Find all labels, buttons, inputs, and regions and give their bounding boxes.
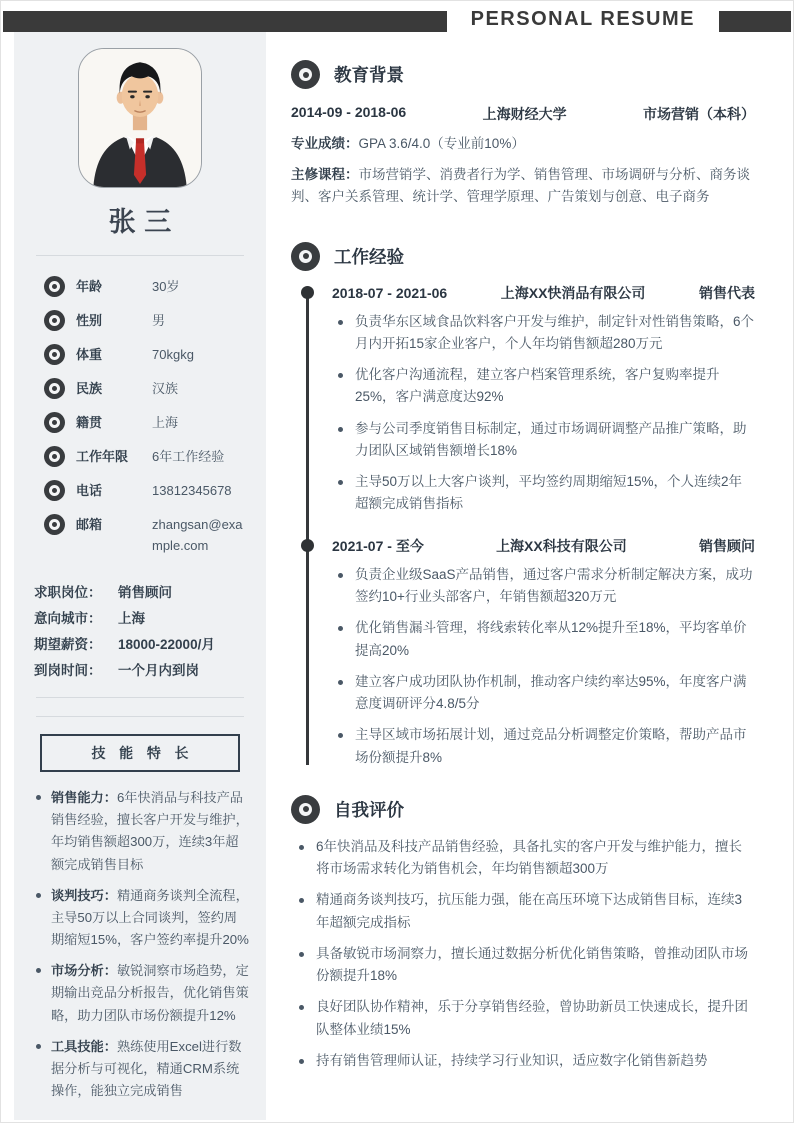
divider	[36, 255, 244, 256]
job-bullet-text: 主导区域市场拓展计划，通过竞品分析调整定价策略，帮助产品市场份额提升8%	[355, 724, 755, 769]
section-header: 自我评价	[291, 795, 755, 824]
skill-label: 谈判技巧：	[51, 888, 117, 903]
candidate-name: 张三	[30, 200, 250, 239]
section-title: 教育背景	[334, 62, 404, 87]
evaluation-list: 6年快消品及科技产品销售经验，具备扎实的客户开发与维护能力，擅长将市场需求转化为…	[291, 836, 755, 1072]
info-row-phone: 电话 13812345678	[44, 480, 250, 501]
job-bullet-text: 建立客户成功团队协作机制，推动客户续约率达95%，年度客户满意度调研评分4.8/…	[355, 671, 755, 716]
skill-item: 市场分析：敏锐洞察市场趋势，定期输出竞品分析报告，优化销售策略，助力团队市场份额…	[34, 960, 250, 1027]
intent-row-availability: 到岗时间： 一个月内到岗	[34, 658, 250, 684]
job-company: 上海XX科技有限公司	[496, 536, 627, 556]
info-value: 上海	[152, 412, 250, 433]
evaluation-bullet: 良好团队协作精神，乐于分享销售经验，曾协助新员工快速成长，提升团队整体业绩15%	[293, 996, 755, 1041]
info-value: 13812345678	[152, 480, 250, 501]
job-bullet: 参与公司季度销售目标制定，通过市场调研调整产品推广策略，助力团队区域销售额增长1…	[332, 418, 755, 463]
evaluation-bullet: 精通商务谈判技巧，抗压能力强，能在高压环境下达成销售目标，连续3年超额完成指标	[293, 889, 755, 934]
evaluation-bullet: 6年快消品及科技产品销售经验，具备扎实的客户开发与维护能力，擅长将市场需求转化为…	[293, 836, 755, 881]
bullseye-icon	[44, 344, 65, 365]
skill-text: 工具技能：熟练使用Excel进行数据分析与可视化，精通CRM系统操作，能独立完成…	[51, 1036, 250, 1103]
bullseye-icon	[44, 446, 65, 467]
bullet-dot-icon	[36, 1044, 41, 1049]
intent-label: 求职岗位：	[34, 580, 118, 606]
bullet-dot-icon	[36, 893, 41, 898]
info-label: 民族	[76, 378, 152, 399]
portrait-illustration	[79, 49, 201, 187]
job-period: 2018-07 - 2021-06	[332, 283, 447, 303]
skill-text: 谈判技巧：精通商务谈判全流程，主导50万以上合同谈判，签约周期缩短15%，客户签…	[51, 885, 250, 952]
skill-label: 销售能力：	[51, 790, 117, 805]
bullseye-icon	[44, 276, 65, 297]
bullseye-icon	[291, 795, 320, 824]
skill-label: 市场分析：	[51, 963, 117, 978]
bullseye-icon	[44, 378, 65, 399]
intent-value: 上海	[118, 606, 145, 632]
job-company: 上海XX快消品有限公司	[501, 283, 646, 303]
bullet-dot-icon	[338, 320, 343, 325]
bullseye-icon	[291, 242, 320, 271]
info-value: 30岁	[152, 276, 250, 297]
edu-row-label: 专业成绩：	[291, 136, 359, 151]
info-row-age: 年龄 30岁	[44, 276, 250, 297]
info-row-weight: 体重 70kgkg	[44, 344, 250, 365]
intent-value: 18000-22000/月	[118, 632, 215, 658]
info-value: 6年工作经验	[152, 446, 250, 467]
job-bullets: 负责企业级SaaS产品销售，通过客户需求分析制定解决方案，成功签约10+行业头部…	[332, 564, 755, 769]
education-gpa-row: 专业成绩：GPA 3.6/4.0（专业前10%）	[291, 133, 755, 155]
section-evaluation: 自我评价 6年快消品及科技产品销售经验，具备扎实的客户开发与维护能力，擅长将市场…	[291, 795, 755, 1072]
job-bullet-text: 负责华东区域食品饮料客户开发与维护，制定针对性销售策略，6个月内开拓15家企业客…	[355, 311, 755, 356]
info-row-email: 邮箱 zhangsan@example.com	[44, 514, 250, 556]
page-title: PERSONAL RESUME	[471, 8, 695, 31]
evaluation-text: 持有销售管理师认证，持续学习行业知识，适应数字化销售新趋势	[316, 1050, 708, 1072]
edu-row-text: 市场营销学、消费者行为学、销售管理、市场调研与分析、商务谈判、客户关系管理、统计…	[291, 167, 750, 204]
info-value: zhangsan@example.com	[152, 514, 250, 556]
info-row-ethnicity: 民族 汉族	[44, 378, 250, 399]
education-courses-row: 主修课程：市场营销学、消费者行为学、销售管理、市场调研与分析、商务谈判、客户关系…	[291, 164, 755, 208]
job-bullet: 优化销售漏斗管理，将线索转化率从12%提升至18%，平均客单价提高20%	[332, 617, 755, 662]
info-label: 性别	[76, 310, 152, 331]
intent-label: 到岗时间：	[34, 658, 118, 684]
info-label: 籍贯	[76, 412, 152, 433]
section-header: 工作经验	[291, 242, 755, 271]
intent-row-salary: 期望薪资： 18000-22000/月	[34, 632, 250, 658]
evaluation-bullet: 持有销售管理师认证，持续学习行业知识，适应数字化销售新趋势	[293, 1050, 755, 1072]
avatar	[78, 48, 202, 188]
job-entry: 2018-07 - 2021-06 上海XX快消品有限公司 销售代表 负责华东区…	[332, 283, 755, 516]
job-bullet: 负责企业级SaaS产品销售，通过客户需求分析制定解决方案，成功签约10+行业头部…	[332, 564, 755, 609]
divider	[36, 697, 244, 698]
intent-label: 意向城市：	[34, 606, 118, 632]
bullet-dot-icon	[36, 795, 41, 800]
info-value: 汉族	[152, 378, 250, 399]
bullet-dot-icon	[36, 968, 41, 973]
section-title: 自我评价	[334, 797, 404, 822]
section-experience: 工作经验 2018-07 - 2021-06 上海XX快消品有限公司 销售代表 …	[291, 242, 755, 769]
bullet-dot-icon	[338, 680, 343, 685]
info-row-experience-years: 工作年限 6年工作经验	[44, 446, 250, 467]
section-title: 工作经验	[334, 244, 404, 269]
bullet-dot-icon	[338, 733, 343, 738]
sidebar: 张三 年龄 30岁 性别 男 体重 70kgkg 民族 汉族	[14, 32, 266, 1120]
bullseye-icon	[44, 480, 65, 501]
evaluation-text: 精通商务谈判技巧，抗压能力强，能在高压环境下达成销售目标，连续3年超额完成指标	[316, 889, 755, 934]
job-bullet-text: 优化客户沟通流程，建立客户档案管理系统，客户复购率提升25%，客户满意度达92%	[355, 364, 755, 409]
main-column: 教育背景 2014-09 - 2018-06 上海财经大学 市场营销（本科） 专…	[266, 32, 791, 1120]
job-header: 2018-07 - 2021-06 上海XX快消品有限公司 销售代表	[332, 283, 755, 303]
bullet-dot-icon	[299, 952, 304, 957]
intent-value: 销售顾问	[118, 580, 172, 606]
skills-list: 销售能力：6年快消品与科技产品销售经验，擅长客户开发与维护，年均销售额超300万…	[30, 787, 250, 1102]
intent-label: 期望薪资：	[34, 632, 118, 658]
bullet-dot-icon	[338, 626, 343, 631]
job-entry: 2021-07 - 至今 上海XX科技有限公司 销售顾问 负责企业级SaaS产品…	[332, 536, 755, 769]
job-bullet: 建立客户成功团队协作机制，推动客户续约率达95%，年度客户满意度调研评分4.8/…	[332, 671, 755, 716]
evaluation-text: 6年快消品及科技产品销售经验，具备扎实的客户开发与维护能力，擅长将市场需求转化为…	[316, 836, 755, 881]
info-label: 体重	[76, 344, 152, 365]
bullseye-icon	[44, 412, 65, 433]
education-header-row: 2014-09 - 2018-06 上海财经大学 市场营销（本科）	[291, 104, 755, 124]
edu-row-text: GPA 3.6/4.0（专业前10%）	[359, 136, 525, 151]
evaluation-bullet: 具备敏锐市场洞察力，擅长通过数据分析优化销售策略，曾推动团队市场份额提升18%	[293, 943, 755, 988]
info-label: 电话	[76, 480, 152, 501]
info-label: 年龄	[76, 276, 152, 297]
bullseye-icon	[291, 60, 320, 89]
intent-value: 一个月内到岗	[118, 658, 199, 684]
bullet-dot-icon	[338, 480, 343, 485]
job-bullets: 负责华东区域食品饮料客户开发与维护，制定针对性销售策略，6个月内开拓15家企业客…	[332, 311, 755, 516]
info-row-hometown: 籍贯 上海	[44, 412, 250, 433]
skill-text: 销售能力：6年快消品与科技产品销售经验，擅长客户开发与维护，年均销售额超300万…	[51, 787, 250, 876]
bullet-dot-icon	[299, 898, 304, 903]
bullseye-icon	[44, 514, 65, 535]
experience-timeline: 2018-07 - 2021-06 上海XX快消品有限公司 销售代表 负责华东区…	[306, 283, 755, 769]
job-bullet-text: 负责企业级SaaS产品销售，通过客户需求分析制定解决方案，成功签约10+行业头部…	[355, 564, 755, 609]
edu-row-label: 主修课程：	[291, 167, 359, 182]
info-value: 70kgkg	[152, 344, 250, 365]
divider	[36, 716, 244, 717]
section-education: 教育背景 2014-09 - 2018-06 上海财经大学 市场营销（本科） 专…	[291, 60, 755, 208]
job-bullet-text: 参与公司季度销售目标制定，通过市场调研调整产品推广策略，助力团队区域销售额增长1…	[355, 418, 755, 463]
intent-row-position: 求职岗位： 销售顾问	[34, 580, 250, 606]
evaluation-text: 具备敏锐市场洞察力，擅长通过数据分析优化销售策略，曾推动团队市场份额提升18%	[316, 943, 755, 988]
job-bullet-text: 优化销售漏斗管理，将线索转化率从12%提升至18%，平均客单价提高20%	[355, 617, 755, 662]
bullseye-icon	[44, 310, 65, 331]
intent-row-city: 意向城市： 上海	[34, 606, 250, 632]
personal-info-list: 年龄 30岁 性别 男 体重 70kgkg 民族 汉族 籍贯 上海	[30, 276, 250, 556]
bullet-dot-icon	[338, 427, 343, 432]
info-row-gender: 性别 男	[44, 310, 250, 331]
skill-item: 谈判技巧：精通商务谈判全流程，主导50万以上合同谈判，签约周期缩短15%，客户签…	[34, 885, 250, 952]
job-bullet: 主导50万以上大客户谈判，平均签约周期缩短15%，个人连续2年超额完成销售指标	[332, 471, 755, 516]
job-role: 销售顾问	[699, 536, 755, 556]
job-header: 2021-07 - 至今 上海XX科技有限公司 销售顾问	[332, 536, 755, 556]
info-label: 邮箱	[76, 514, 152, 535]
education-major: 市场营销（本科）	[643, 104, 755, 124]
bullet-dot-icon	[338, 573, 343, 578]
job-bullet: 主导区域市场拓展计划，通过竞品分析调整定价策略，帮助产品市场份额提升8%	[332, 724, 755, 769]
education-school: 上海财经大学	[483, 104, 567, 124]
job-bullet-text: 主导50万以上大客户谈判，平均签约周期缩短15%，个人连续2年超额完成销售指标	[355, 471, 755, 516]
resume-page: PERSONAL RESUME	[0, 0, 794, 1123]
job-period: 2021-07 - 至今	[332, 536, 424, 556]
job-bullet: 负责华东区域食品饮料客户开发与维护，制定针对性销售策略，6个月内开拓15家企业客…	[332, 311, 755, 356]
job-intent-list: 求职岗位： 销售顾问 意向城市： 上海 期望薪资： 18000-22000/月 …	[30, 580, 250, 684]
skill-item: 销售能力：6年快消品与科技产品销售经验，擅长客户开发与维护，年均销售额超300万…	[34, 787, 250, 876]
skills-section-title: 技 能 特 长	[40, 734, 240, 772]
info-value: 男	[152, 310, 250, 331]
education-period: 2014-09 - 2018-06	[291, 104, 406, 124]
info-label: 工作年限	[76, 446, 152, 467]
bullet-dot-icon	[299, 1059, 304, 1064]
evaluation-text: 良好团队协作精神，乐于分享销售经验，曾协助新员工快速成长，提升团队整体业绩15%	[316, 996, 755, 1041]
skill-label: 工具技能：	[51, 1039, 117, 1054]
bullet-dot-icon	[299, 845, 304, 850]
skill-text: 市场分析：敏锐洞察市场趋势，定期输出竞品分析报告，优化销售策略，助力团队市场份额…	[51, 960, 250, 1027]
job-role: 销售代表	[699, 283, 755, 303]
header-title-box: PERSONAL RESUME	[447, 1, 719, 37]
section-header: 教育背景	[291, 60, 755, 89]
bullet-dot-icon	[338, 373, 343, 378]
bullet-dot-icon	[299, 1005, 304, 1010]
skill-item: 工具技能：熟练使用Excel进行数据分析与可视化，精通CRM系统操作，能独立完成…	[34, 1036, 250, 1103]
job-bullet: 优化客户沟通流程，建立客户档案管理系统，客户复购率提升25%，客户满意度达92%	[332, 364, 755, 409]
